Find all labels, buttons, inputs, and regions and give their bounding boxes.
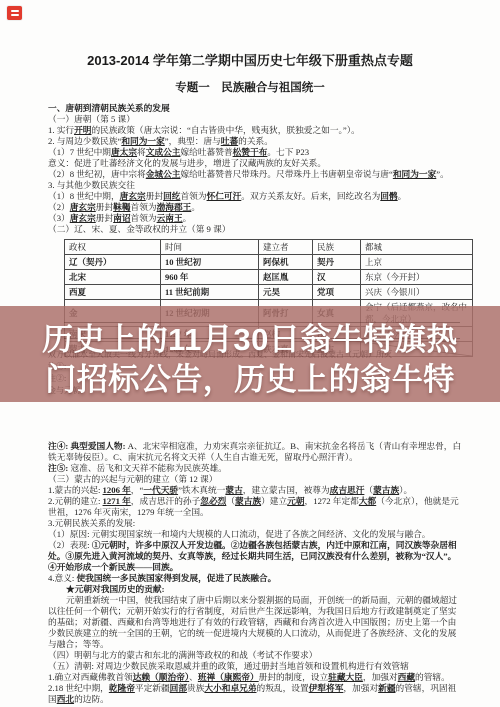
badge-bar-icon — [11, 10, 19, 12]
text-line: （1）8 世纪中期，唐玄宗册封回纥首领为怀仁可汗。双方关系友好。后来，回纥改名为… — [48, 191, 464, 202]
table-cell: 契丹 — [313, 255, 361, 270]
table-header-cell: 都城 — [361, 240, 473, 255]
text-line: （三）蒙古的兴起与元朝的建立（第 12 课） — [48, 474, 464, 485]
section-mongol-yuan-ming-qing: 注④: 典型爱国人物: A、北宋宰相寇准，力劝宋真宗亲征抗辽。B、南宋抗金名将岳… — [0, 441, 500, 705]
table-cell: 兴庆（今银川） — [361, 285, 473, 300]
table-cell: 西夏 — [65, 285, 161, 300]
table-cell: 汉 — [313, 270, 361, 285]
document-page: 2013-2014 学年第二学期中国历史七年级下册重热点专题 专题一 民族融合与… — [0, 0, 500, 707]
regimes-table-header: 政权时间建立者民族都城 — [65, 240, 473, 255]
banner-title-line2: 门招标公告，历史上的翁牛特 — [0, 354, 500, 399]
text-line: 注⑤: 寇准、岳飞和文天祥不能称为民族英雄。 — [48, 463, 464, 474]
table-cell: 上京 — [361, 255, 473, 270]
text-line: 2.18 世纪中期，乾隆帝平定新疆回部贵族大小和卓兄弟的叛乱，设置伊犁将军，加强… — [48, 683, 464, 705]
text-line: 4.意义: 使我国统一多民族国家得到发展，促进了民族融合。 — [48, 573, 464, 584]
banner-title-line1: 历史上的11月30日翁牛特旗热 — [0, 314, 500, 359]
table-cell: 东京（今开封） — [361, 270, 473, 285]
table-header-cell: 政权 — [65, 240, 161, 255]
badge-bar-icon — [11, 14, 19, 16]
document-subtitle: 专题一 民族融合与祖国统一 — [0, 79, 500, 95]
table-row: 辽（契丹）10 世纪初阿保机契丹上京 — [65, 255, 473, 270]
table-cell: 北宋 — [65, 270, 161, 285]
text-line: （2）8 世纪初，唐中宗将金城公主嫁给吐蕃赞普尺带珠丹。尺带珠丹上书唐朝皇帝说与… — [48, 169, 464, 180]
table-cell: 阿保机 — [259, 255, 313, 270]
table-row: 北宋960 年赵匡胤汉东京（今开封） — [65, 270, 473, 285]
text-line: （一）唐朝（第 5 课） — [48, 114, 464, 125]
text-line: 意义：促进了吐蕃经济文化的发展与进步，增进了汉藏两族的友好关系。 — [48, 158, 464, 169]
table-header-cell: 建立者 — [259, 240, 313, 255]
table-header-cell: 时间 — [161, 240, 259, 255]
table-cell: 赵匡胤 — [259, 270, 313, 285]
text-line: 注④: 典型爱国人物: A、北宋宰相寇准，力劝宋真宗亲征抗辽。B、南宋抗金名将岳… — [48, 441, 464, 463]
section-tang-qing-relations: 一、唐朝到清朝民族关系的发展（一）唐朝（第 5 课）1. 实行开明的民族政策（唐… — [0, 103, 500, 235]
text-line: 1.确立对西藏佛教首领达赖（顺治帝）、班禅（康熙帝）册封的制度，设立驻藏大臣，加… — [48, 672, 464, 683]
table-cell: 10 世纪初 — [161, 255, 259, 270]
text-line: （四）明朝与北方的蒙古和东北的满洲等政权的和战（考试不作要求） — [48, 650, 464, 661]
text-line: 1. 实行开明的民族政策（唐太宗说：“自古皆贵中华，贱夷狄，朕独爱之如一。”）。 — [48, 125, 464, 136]
text-line: （1）原因: 元朝实现国家统一和境内大规模的人口流动，促进了各族之间经济、文化的… — [48, 529, 464, 540]
table-header-cell: 民族 — [313, 240, 361, 255]
text-line: ★元朝对我国历史的贡献: — [48, 584, 464, 595]
text-line: 3. 与其他少数民族交往 — [48, 180, 464, 191]
text-line: （1）7 世纪中期唐太宗将文成公主嫁给吐蕃赞普松赞干布。七下 P23 — [48, 147, 464, 158]
table-cell: 11 世纪前期 — [161, 285, 259, 300]
text-line: 1.蒙古的兴起: 1206 年，“一代天骄”铁木真统一蒙古，建立蒙古国，被尊为成… — [48, 485, 464, 496]
promo-banner-overlay[interactable]: 双方以淮水至大散关一线为分界线，宋金对峙局面形成。西夏、金和南宋先后被蒙古（元朝… — [0, 306, 500, 402]
text-line: （2）表现: ①元朝时，许多中原汉人开发边疆。②边疆各族包括蒙古族，内迁中原和江… — [48, 540, 464, 573]
text-line: 3.元朝民族关系的发展: — [48, 518, 464, 529]
table-row: 西夏11 世纪前期元昊党项兴庆（今银川） — [65, 285, 473, 300]
text-line: 元朝重新统一中国，使我国结束了唐中后期以来分裂割据的局面，开创统一的新局面，元朝… — [48, 595, 464, 650]
document-title: 2013-2014 学年第二学期中国历史七年级下册重热点专题 — [0, 0, 500, 69]
table-cell: 党项 — [313, 285, 361, 300]
table-cell: 960 年 — [161, 270, 259, 285]
text-line: （二）辽、宋、夏、金等政权的并立（第 9 课） — [48, 224, 464, 235]
red-badge-icon[interactable] — [7, 6, 22, 20]
table-cell: 元昊 — [259, 285, 313, 300]
text-line: （2）唐玄宗册封靺鞨首领为渤海郡王。 — [48, 202, 464, 213]
text-line: 一、唐朝到清朝民族关系的发展 — [48, 103, 464, 114]
text-line: 2.元朝的建立: 1271 年，成吉思汗的孙子忽必烈（蒙古族）建立元朝，1272… — [48, 496, 464, 518]
table-cell: 辽（契丹） — [65, 255, 161, 270]
text-line: （3）唐玄宗册封南诏首领为云南王。 — [48, 213, 464, 224]
text-line: 2. 与周边少数民族“和同为一家”，典型：唐与吐蕃的关系。 — [48, 136, 464, 147]
text-line: （五）清朝: 对周边少数民族采取恩威并重的政策，通过册封当地首领和设置机构进行有… — [48, 661, 464, 672]
